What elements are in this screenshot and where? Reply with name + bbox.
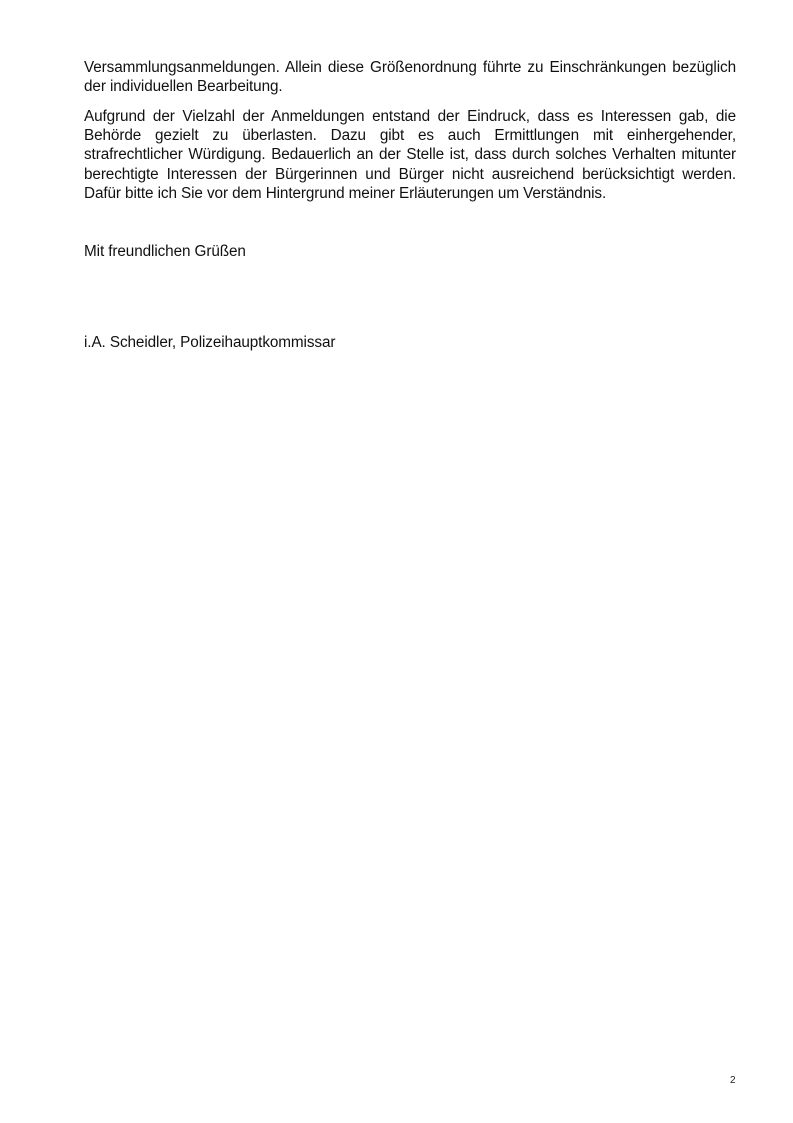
paragraph-2: Aufgrund der Vielzahl der Anmeldungen en… xyxy=(84,107,736,203)
page-number: 2 xyxy=(730,1075,736,1087)
signature-line: i.A. Scheidler, Polizeihauptkommissar xyxy=(84,333,736,352)
paragraph-1: Versammlungsanmeldungen. Allein diese Gr… xyxy=(84,58,736,96)
closing-salutation: Mit freundlichen Grüßen xyxy=(84,242,736,261)
document-page: Versammlungsanmeldungen. Allein diese Gr… xyxy=(0,0,793,1123)
